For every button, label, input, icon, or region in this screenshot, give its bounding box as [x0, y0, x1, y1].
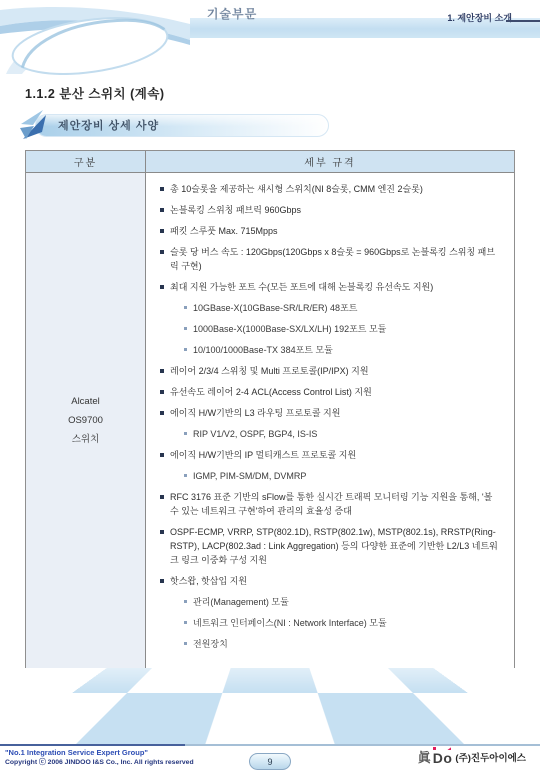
device-name-cell: Alcatel OS9700 스위치 [26, 173, 146, 668]
bullet-icon [160, 530, 164, 534]
spec-item: 최대 지원 가능한 포트 수(모든 포트에 대해 논블록킹 유선속도 지원) [158, 280, 502, 294]
spec-item: 논블록킹 스위칭 패브릭 960Gbps [158, 203, 502, 217]
spec-item: 관리(Management) 모듈 [182, 595, 502, 609]
spec-text: 레이어 2/3/4 스위칭 및 Multi 프로토콜(IP/IPX) 지원 [170, 364, 369, 378]
bullet-icon [160, 187, 164, 191]
spec-text: 최대 지원 가능한 포트 수(모든 포트에 대해 논블록킹 유선속도 지원) [170, 280, 433, 294]
bullet-icon [160, 579, 164, 583]
spec-item: RFC 3176 표준 기반의 sFlow를 통한 실시간 트래픽 모니터링 기… [158, 490, 502, 518]
spec-text: 총 10슬롯을 제공하는 섀시형 스위치(NI 8슬롯, CMM 엔진 2슬롯) [170, 182, 423, 196]
spec-text: 1000Base-X(1000Base-SX/LX/LH) 192포트 모듈 [193, 322, 386, 336]
spec-text: 핫스왑, 핫삽입 지원 [170, 574, 247, 588]
spec-item: 에이직 H/W기반의 L3 라우팅 프로토콜 지원 [158, 406, 502, 420]
breadcrumb: 1. 제안장비 소개 [447, 11, 512, 24]
spec-item: 패킷 스루풋 Max. 715Mpps [158, 224, 502, 238]
bullet-icon [184, 432, 187, 435]
spec-text: 관리(Management) 모듈 [193, 595, 289, 609]
bullet-icon [160, 250, 164, 254]
spec-text: 논블록킹 스위칭 패브릭 960Gbps [170, 203, 301, 217]
spec-text: IGMP, PIM-SM/DM, DVMRP [193, 469, 306, 483]
page-number: 9 [249, 753, 291, 770]
bullet-icon [160, 495, 164, 499]
spec-text: RFC 3176 표준 기반의 sFlow를 통한 실시간 트래픽 모니터링 기… [170, 490, 502, 518]
spec-item: OSPF-ECMP, VRRP, STP(802.1D), RSTP(802.1… [158, 525, 502, 567]
bullet-icon [184, 642, 187, 645]
spec-text: 네트워크 인터페이스(NI : Network Interface) 모듈 [193, 616, 387, 630]
section-heading-capsule: 제안장비 상세 사양 [35, 114, 329, 137]
bullet-icon [184, 474, 187, 477]
page-title: 1.1.2 분산 스위치 (계속) [25, 84, 165, 102]
spec-text: 전원장치 [193, 637, 228, 651]
spec-text: OSPF-ECMP, VRRP, STP(802.1D), RSTP(802.1… [170, 525, 502, 567]
section-heading: 제안장비 상세 사양 [20, 109, 329, 141]
spec-item: IGMP, PIM-SM/DM, DVMRP [182, 469, 502, 483]
logo-company-name: (주)진두아이에스 [455, 752, 526, 765]
column-header-spec: 세부 규격 [146, 151, 514, 172]
bullet-icon [184, 327, 187, 330]
spec-text: 10/100/1000Base-TX 384포트 모듈 [193, 343, 333, 357]
bullet-icon [160, 229, 164, 233]
copyright-text: Copyright ⓒ 2006 JINDOO I&S Co., Inc. Al… [5, 758, 194, 768]
logo-hanja-character: 眞 [418, 751, 431, 765]
logo-wordmark: Do [433, 751, 453, 765]
spec-item: RIP V1/V2, OSPF, BGP4, IS-IS [182, 427, 502, 441]
spec-item: 1000Base-X(1000Base-SX/LX/LH) 192포트 모듈 [182, 322, 502, 336]
spec-text: 패킷 스루풋 Max. 715Mpps [170, 224, 278, 238]
spec-text: 에이직 H/W기반의 IP 멀티캐스트 프로토콜 지원 [170, 448, 356, 462]
spec-item: 10/100/1000Base-TX 384포트 모듈 [182, 343, 502, 357]
star-arrow-icon [20, 109, 48, 141]
footer-company-info: "No.1 Integration Service Expert Group" … [5, 748, 194, 768]
bullet-icon [160, 369, 164, 373]
header-accent-line [506, 20, 540, 22]
bullet-icon [160, 285, 164, 289]
spec-item: 레이어 2/3/4 스위칭 및 Multi 프로토콜(IP/IPX) 지원 [158, 364, 502, 378]
bullet-icon [160, 390, 164, 394]
spec-item: 총 10슬롯을 제공하는 섀시형 스위치(NI 8슬롯, CMM 엔진 2슬롯) [158, 182, 502, 196]
page-footer: "No.1 Integration Service Expert Group" … [0, 744, 540, 780]
footer-divider-accent [0, 744, 185, 746]
spec-text: 10GBase-X(10GBase-SR/LR/ER) 48포트 [193, 301, 357, 315]
bullet-icon [184, 621, 187, 624]
bullet-icon [160, 453, 164, 457]
table-header-row: 구분 세부 규격 [26, 151, 514, 173]
spec-item: 핫스왑, 핫삽입 지원 [158, 574, 502, 588]
bullet-icon [160, 208, 164, 212]
bullet-icon [184, 600, 187, 603]
logo-red-accent-icon [433, 747, 436, 750]
bullet-icon [160, 411, 164, 415]
bullet-icon [184, 306, 187, 309]
spec-item: 전원장치 [182, 637, 502, 651]
spec-text: RIP V1/V2, OSPF, BGP4, IS-IS [193, 427, 317, 441]
logo-do-text: Do [433, 750, 453, 766]
table-body-row: Alcatel OS9700 스위치 총 10슬롯을 제공하는 섀시형 스위치(… [26, 173, 514, 668]
slide-page: 기술부문 1. 제안장비 소개 1.1.2 분산 스위치 (계속) 제안장비 상… [0, 0, 540, 780]
spec-item: 네트워크 인터페이스(NI : Network Interface) 모듈 [182, 616, 502, 630]
company-logo: 眞 Do (주)진두아이에스 [418, 751, 526, 765]
section-heading-label: 제안장비 상세 사양 [58, 117, 159, 133]
spec-item: 10GBase-X(10GBase-SR/LR/ER) 48포트 [182, 301, 502, 315]
company-slogan: "No.1 Integration Service Expert Group" [5, 748, 194, 758]
spec-table: 구분 세부 규격 Alcatel OS9700 스위치 총 10슬롯을 제공하는… [25, 150, 515, 668]
header-section-title: 기술부문 [0, 5, 464, 22]
spec-list: 총 10슬롯을 제공하는 섀시형 스위치(NI 8슬롯, CMM 엔진 2슬롯)… [146, 173, 514, 668]
spec-text: 유선속도 레이어 2-4 ACL(Access Control List) 지원 [170, 385, 372, 399]
spec-text: 에이직 H/W기반의 L3 라우팅 프로토콜 지원 [170, 406, 340, 420]
column-header-category: 구분 [26, 151, 146, 172]
bullet-icon [184, 348, 187, 351]
spec-text: 슬롯 당 버스 속도 : 120Gbps(120Gbps x 8슬롯 = 960… [170, 245, 502, 273]
spec-item: 에이직 H/W기반의 IP 멀티캐스트 프로토콜 지원 [158, 448, 502, 462]
spec-item: 슬롯 당 버스 속도 : 120Gbps(120Gbps x 8슬롯 = 960… [158, 245, 502, 273]
page-header: 기술부문 1. 제안장비 소개 [0, 0, 540, 70]
spec-item: 유선속도 레이어 2-4 ACL(Access Control List) 지원 [158, 385, 502, 399]
